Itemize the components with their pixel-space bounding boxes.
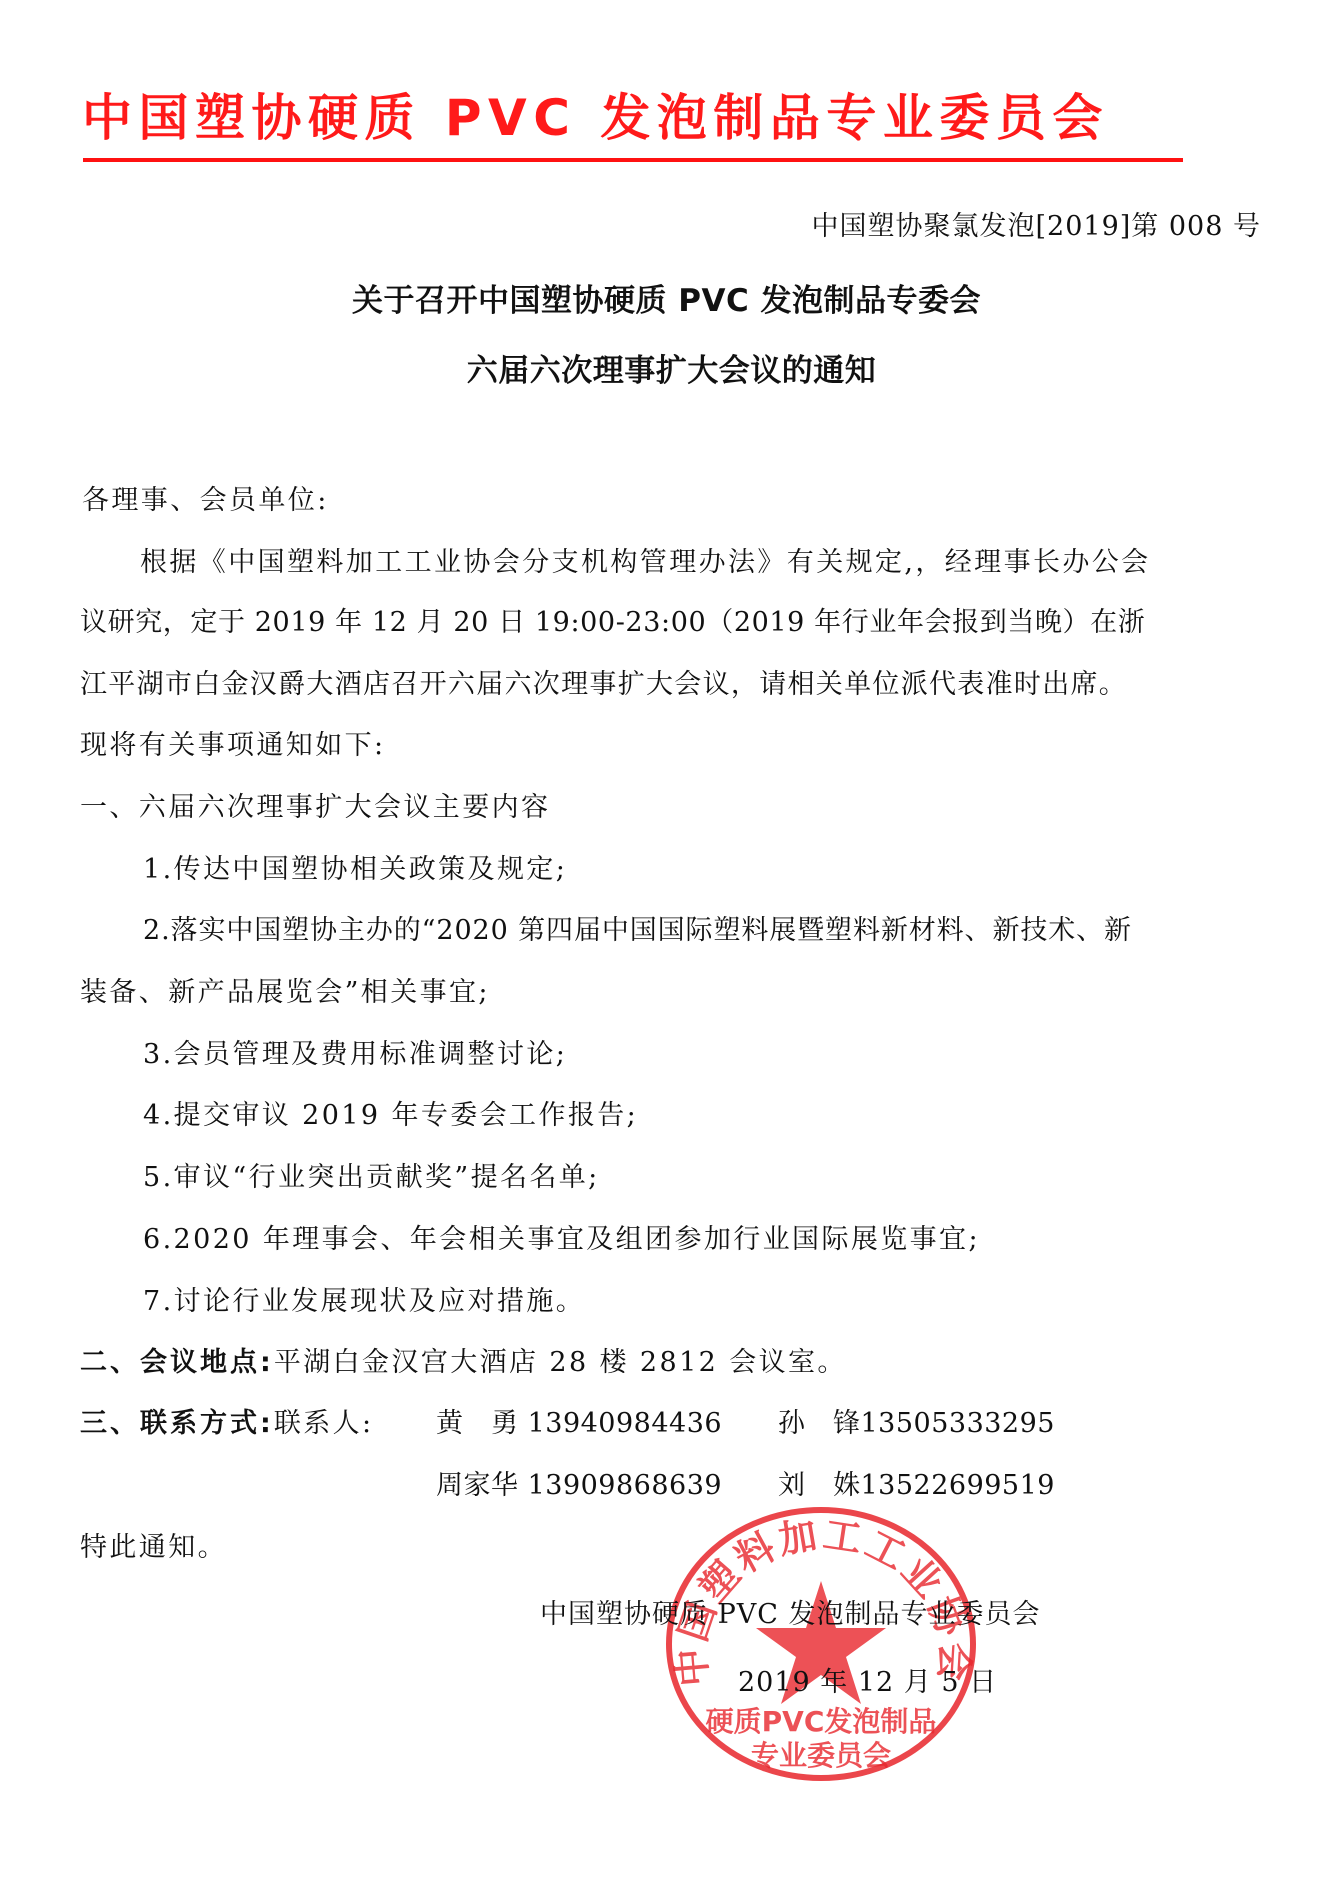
seal-inner-line-2: 专业委员会 xyxy=(751,1739,891,1772)
contact-phone: 13505333295 xyxy=(861,1408,1055,1439)
agenda-item-5: 5.审议“行业突出贡献奖”提名名单; xyxy=(143,1160,600,1196)
contact-3: 周家华 13909868639 xyxy=(436,1468,722,1504)
letterhead-title: 中国塑协硬质 PVC 发泡制品专业委员会 xyxy=(82,88,1272,148)
section-3-heading: 三、联系方式: xyxy=(80,1408,274,1439)
section-2-heading: 二、会议地点: xyxy=(80,1347,274,1378)
agenda-item-4: 4.提交审议 2019 年专委会工作报告; xyxy=(143,1098,638,1134)
contact-phone: 13522699519 xyxy=(861,1470,1055,1501)
meeting-location: 平湖白金汉宫大酒店 28 楼 2812 会议室。 xyxy=(274,1347,847,1378)
intro-line-4: 现将有关事项通知如下: xyxy=(80,728,386,764)
seal-inner-line-1: 硬质PVC发泡制品 xyxy=(706,1705,937,1738)
contact-phone: 13940984436 xyxy=(528,1408,722,1439)
contact-phone: 13909868639 xyxy=(528,1470,722,1501)
agenda-item-6: 6.2020 年理事会、年会相关事宜及组团参加行业国际展览事宜; xyxy=(143,1222,980,1258)
document-title-line-2: 六届六次理事扩大会议的通知 xyxy=(0,345,1343,390)
intro-line-3: 江平湖市白金汉爵大酒店召开六届六次理事扩大会议，请相关单位派代表准时出席。 xyxy=(80,667,1127,703)
official-seal-icon: 中国塑料加工工业协会 硬质PVC发泡制品 专业委员会 xyxy=(662,1503,980,1785)
closing-text: 特此通知。 xyxy=(80,1530,227,1566)
section-3: 三、联系方式:联系人: xyxy=(80,1406,374,1442)
section-2: 二、会议地点:平湖白金汉宫大酒店 28 楼 2812 会议室。 xyxy=(80,1345,847,1381)
contact-name: 周家华 xyxy=(436,1470,519,1501)
signature-organization: 中国塑协硬质 PVC 发泡制品专业委员会 xyxy=(540,1592,1041,1631)
section-1-heading: 一、六届六次理事扩大会议主要内容 xyxy=(80,790,550,826)
document-number: 中国塑协聚氯发泡[2019]第 008 号 xyxy=(812,204,1261,243)
salutation: 各理事、会员单位: xyxy=(82,483,329,519)
agenda-item-1: 1.传达中国塑协相关政策及规定; xyxy=(143,852,567,888)
agenda-item-3: 3.会员管理及费用标准调整讨论; xyxy=(143,1037,567,1073)
contact-1: 黄 勇 13940984436 xyxy=(436,1406,722,1442)
contact-2: 孙 锋13505333295 xyxy=(778,1406,1055,1442)
contact-label: 联系人: xyxy=(274,1408,374,1439)
document-title-line-1: 关于召开中国塑协硬质 PVC 发泡制品专委会 xyxy=(0,275,1338,320)
agenda-item-2: 2.落实中国塑协主办的“2020 第四届中国国际塑料展暨塑料新材料、新技术、新 xyxy=(143,913,1132,949)
letterhead-rule xyxy=(83,158,1183,162)
contact-name: 黄 勇 xyxy=(436,1408,519,1439)
signature-date: 2019 年 12 月 5 日 xyxy=(738,1660,997,1699)
intro-line-2: 议研究，定于 2019 年 12 月 20 日 19:00-23:00（2019… xyxy=(80,605,1145,641)
agenda-item-2-cont: 装备、新产品展览会”相关事宜; xyxy=(80,975,490,1011)
contact-name: 孙 锋 xyxy=(778,1408,861,1439)
contact-4: 刘 姝13522699519 xyxy=(778,1468,1055,1504)
contact-name: 刘 姝 xyxy=(778,1470,861,1501)
intro-line-1: 根据《中国塑料加工工业协会分支机构管理办法》有关规定,，经理事长办公会 xyxy=(140,545,1151,581)
agenda-item-7: 7.讨论行业发展现状及应对措施。 xyxy=(143,1284,585,1320)
